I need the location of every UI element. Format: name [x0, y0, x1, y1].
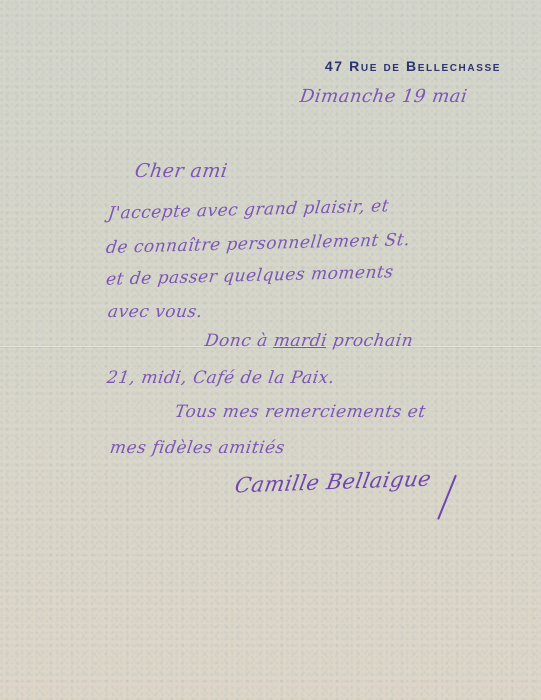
letter-date: Dimanche 19 mai	[299, 86, 469, 107]
underlined-word: mardi	[272, 331, 328, 351]
body-line-7: Tous mes remerciements et	[174, 402, 427, 422]
body-line-2: de connaître personnellement St.	[105, 230, 411, 258]
body-line-5: Donc à mardi prochain	[204, 331, 415, 351]
letterhead-address: 47 Rue de Bellechasse	[325, 58, 501, 74]
letter-sheet: 47 Rue de Bellechasse Dimanche 19 mai Ch…	[0, 0, 541, 700]
body-line-5-suffix: prochain	[326, 331, 415, 351]
signature-flourish	[437, 475, 457, 520]
body-line-5-prefix: Donc à	[204, 331, 276, 351]
body-line-8: mes fidèles amitiés	[109, 438, 287, 458]
body-line-6: 21, midi, Café de la Paix.	[106, 368, 336, 388]
salutation: Cher ami	[133, 160, 229, 182]
body-line-4: avec vous.	[107, 302, 204, 322]
body-line-3: et de passer quelques moments	[105, 262, 395, 290]
signature: Camille Bellaigue	[233, 466, 433, 497]
body-line-1: J'accepte avec grand plaisir, et	[107, 196, 390, 223]
